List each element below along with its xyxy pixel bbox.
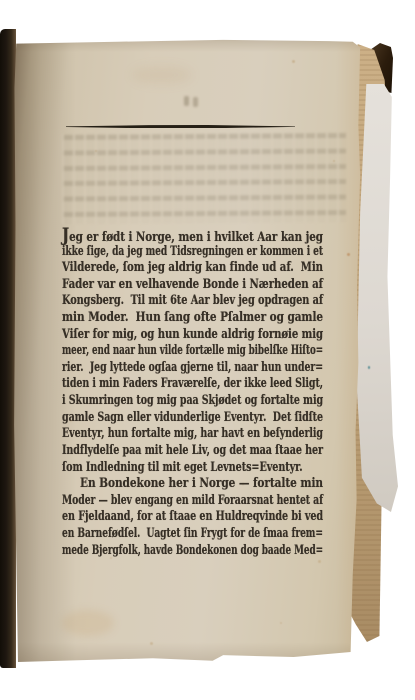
- book-photo: Jeg er født i Norge, men i hvilket Aar k…: [0, 0, 415, 700]
- text-line: tiden i min Faders Fraværelſe, der ikke …: [62, 376, 252, 393]
- text-line: mede Bjergfolk, havde Bondekonen dog baa…: [62, 543, 241, 560]
- book-page: Jeg er født i Norge, men i hvilket Aar k…: [12, 38, 364, 662]
- text-line: en Barnefødſel. Uagtet ſin Frygt for de …: [62, 526, 245, 543]
- text-line: Eventyr, hun fortalte mig, har havt en b…: [62, 426, 252, 443]
- text-line: gamle Sagn eller vidunderlige Eventyr. D…: [62, 410, 253, 427]
- text-line: Fader var en velhavende Bonde i Nærheden…: [62, 277, 267, 294]
- foxing-spot: [280, 622, 282, 624]
- foxing-spot: [150, 642, 153, 645]
- text-line: Moder — blev engang en mild Foraarsnat h…: [62, 493, 248, 510]
- foxing-spot: [292, 60, 295, 63]
- text-line: Kongsberg. Til mit 6te Aar blev jeg opdr…: [62, 293, 258, 310]
- bottom-edge-shadow: [12, 642, 364, 662]
- foxing-spot: [333, 160, 335, 162]
- text-line: i Skumringen tog mig paa Skjødet og fort…: [62, 393, 252, 410]
- text-line: en Fjeldaand, for at ſtaae en Huldreqvin…: [62, 509, 255, 526]
- section-divider-rule: [66, 125, 295, 128]
- paper-stain: [62, 610, 114, 636]
- text-line: Viſer for mig, og hun kunde aldrig fornø…: [62, 327, 265, 344]
- text-line: Indflydelſe paa mit hele Liv, og det maa…: [62, 443, 254, 460]
- foxing-spot: [347, 253, 350, 256]
- ink-speck: [368, 366, 370, 369]
- foxing-spot: [95, 150, 97, 152]
- top-edge-shadow: [12, 38, 364, 52]
- text-line: ikke ſige, da jeg med Tidsregningen er k…: [62, 244, 245, 261]
- bleedthrough-text: [62, 132, 346, 224]
- foxing-spot: [110, 557, 112, 559]
- text-line: min Moder. Hun ſang ofte Pſalmer og gaml…: [62, 310, 273, 327]
- text-line: En Bondekone her i Norge — fortalte min: [80, 476, 277, 493]
- text-line: Jeg er født i Norge, men i hvilket Aar k…: [62, 227, 271, 244]
- bleedthrough-page-number: [184, 96, 189, 106]
- foxing-spot: [318, 560, 321, 563]
- text-line: meer, end naar hun vilde fortælle mig bi…: [62, 343, 238, 360]
- page-text-block: Jeg er født i Norge, men i hvilket Aar k…: [62, 227, 323, 559]
- text-line: rier. Jeg lyttede ogſaa gjerne til, naar…: [62, 360, 250, 377]
- paper-stain: [132, 66, 192, 84]
- book-spine: [0, 29, 16, 668]
- foxing-spot: [70, 420, 72, 422]
- text-line: ſom Indledning til mit eget Levnets=Even…: [62, 460, 256, 477]
- foxing-spot: [200, 300, 202, 302]
- text-line: Vilderede, ſom jeg aldrig kan finde ud a…: [62, 260, 266, 277]
- foxing-spot: [242, 483, 244, 485]
